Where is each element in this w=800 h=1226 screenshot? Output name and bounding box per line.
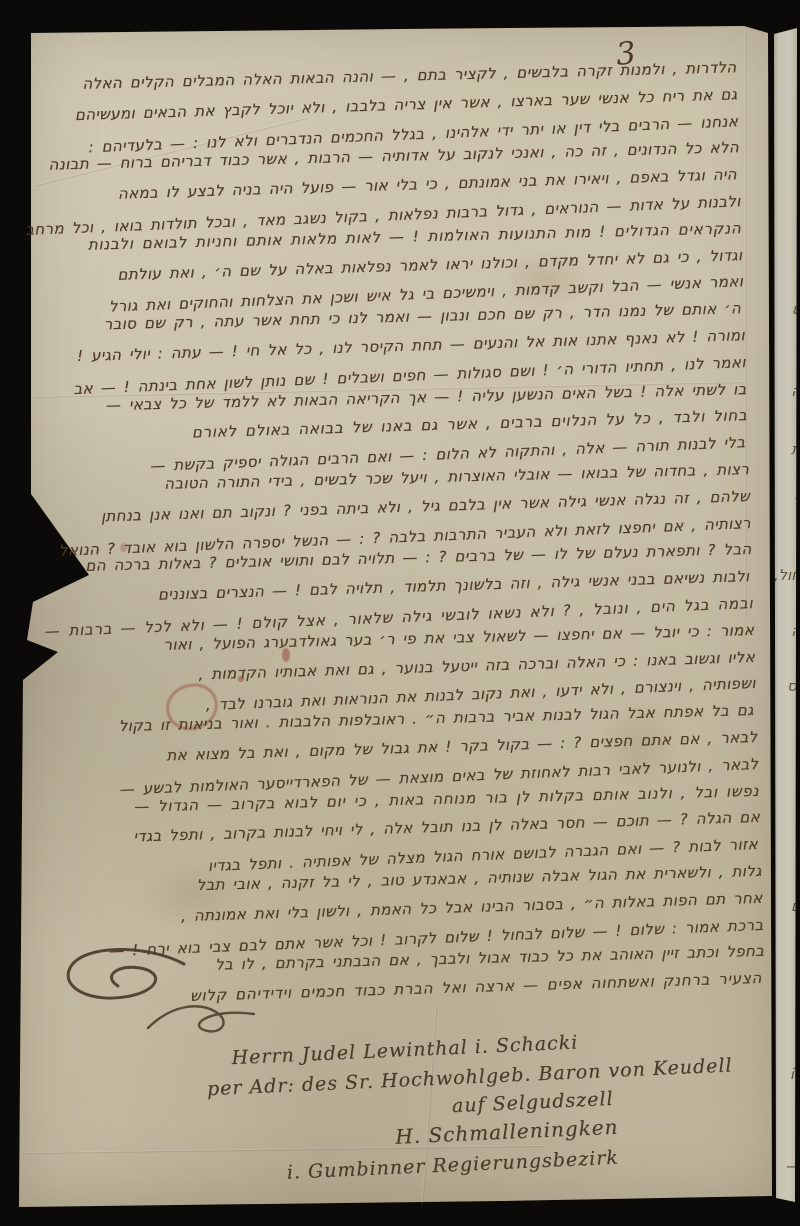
handwritten-body: הלדרות , ולמנות זקרה בלבשים , לקציר בתם … bbox=[30, 54, 765, 1014]
edge-text-fragment: ה bbox=[771, 382, 798, 400]
edge-text-fragment: ε bbox=[771, 300, 798, 318]
edge-text-fragment: ת bbox=[771, 440, 798, 458]
edge-text-fragment: ק bbox=[771, 1062, 798, 1080]
address-block: Herrn Judel Lewinthal i. Schacki per Adr… bbox=[205, 1020, 751, 1192]
edge-text-fragment: ם bbox=[771, 897, 798, 915]
edge-text-fragment: — bbox=[771, 1157, 798, 1175]
edge-text-fragment: ה bbox=[771, 622, 798, 640]
scanned-letter-page: εהתךחול,הוסןםץק— 3 הלדרות , ולמנות זקרה … bbox=[0, 0, 800, 1226]
adjacent-page-edge: εהתךחול,הוסןםץק— bbox=[770, 28, 798, 1202]
edge-text-fragment: ן bbox=[771, 732, 798, 750]
edge-text-fragment: ך bbox=[771, 492, 798, 510]
edge-text-fragment: חול, bbox=[771, 566, 798, 584]
underline-flourish-icon bbox=[142, 998, 262, 1040]
edge-text-fragment: וס bbox=[771, 677, 798, 695]
edge-text-fragment: ץ bbox=[771, 957, 798, 975]
